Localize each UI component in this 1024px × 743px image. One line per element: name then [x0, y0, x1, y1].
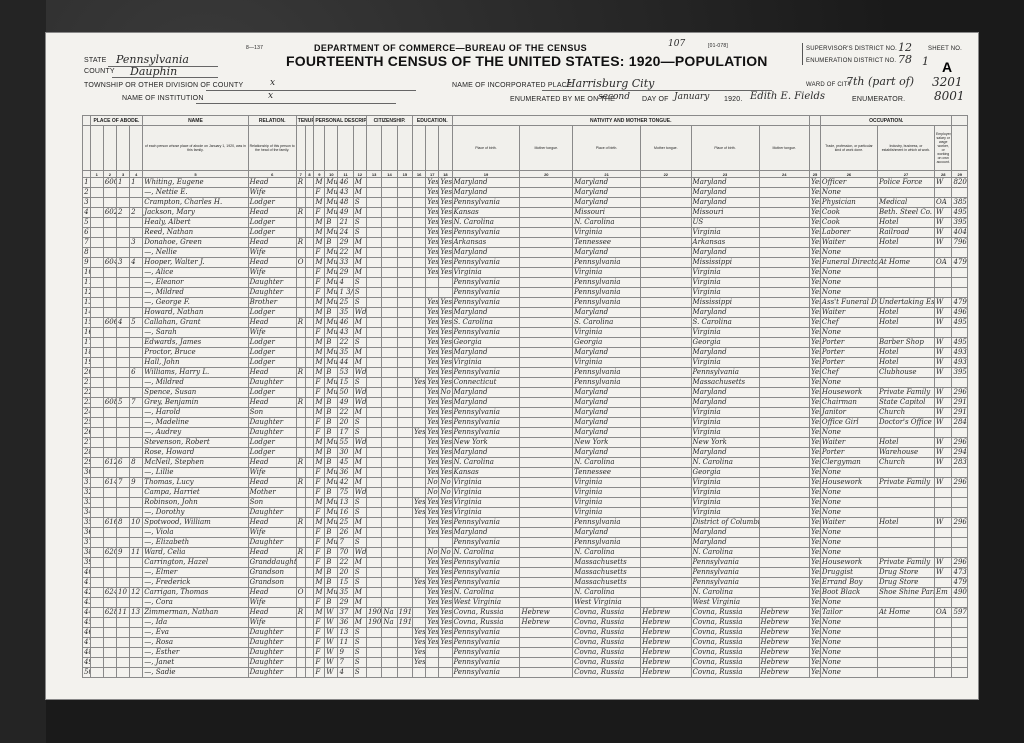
- cell-mort: [305, 468, 314, 478]
- cell-imm: [366, 218, 381, 228]
- cell-street: [90, 358, 103, 368]
- cell-house: [103, 248, 116, 258]
- cell-age: 11: [338, 638, 353, 648]
- cell-sex: F: [314, 248, 325, 258]
- cell-trade: Errand Boy: [820, 578, 877, 588]
- line-number: 46: [83, 628, 91, 638]
- cell-race: B: [325, 548, 338, 558]
- cell-m-tongue: [759, 328, 809, 338]
- cell-sex: M: [314, 218, 325, 228]
- cell-race: B: [325, 568, 338, 578]
- cell-name: Carrigan, Thomas: [143, 588, 248, 598]
- cell-family: 9: [130, 478, 143, 488]
- cell-tongue: [520, 408, 573, 418]
- cell-natyr: [397, 558, 412, 568]
- cell-tenure: [296, 538, 305, 548]
- cell-tongue: [520, 478, 573, 488]
- cell-code: 2910: [952, 398, 968, 408]
- cell-write: Yes: [439, 628, 452, 638]
- cell-class: W: [934, 238, 952, 248]
- column-number: 17: [426, 171, 439, 178]
- cell-m-tongue: [759, 548, 809, 558]
- cell-birth: Pennsylvania: [452, 408, 520, 418]
- cell-birth: Maryland: [452, 398, 520, 408]
- column-number: 25: [809, 171, 820, 178]
- column-number-row: 1234567891011121314151617181920212223242…: [83, 171, 968, 178]
- table-row: 37—, ElizabethDaughterFMu7SPennsylvaniaP…: [83, 538, 968, 548]
- cell-natyr: [397, 668, 412, 678]
- form-number: 8—137: [246, 45, 263, 51]
- cell-dwelling: [116, 218, 129, 228]
- table-row: 34—, DorothyDaughterFMu16SYesYesYesVirgi…: [83, 508, 968, 518]
- cell-tongue: [520, 268, 573, 278]
- cell-sex: F: [314, 488, 325, 498]
- cell-family: [130, 508, 143, 518]
- cell-age: 29: [338, 598, 353, 608]
- table-row: 45—, IdaWifeFW36M1908Na1910YesYesCovna, …: [83, 618, 968, 628]
- cell-english: Yes: [809, 198, 820, 208]
- cell-industry: Beth. Steel Co.: [877, 208, 934, 218]
- cell-street: [90, 418, 103, 428]
- cell-mort: [305, 518, 314, 528]
- cell-dwelling: [116, 428, 129, 438]
- cell-imm: [366, 588, 381, 598]
- cell-class: [934, 598, 952, 608]
- cell-house: [103, 648, 116, 658]
- cell-tongue: [520, 228, 573, 238]
- cell-code: [952, 468, 968, 478]
- cell-name: Hall, John: [143, 358, 248, 368]
- cell-age: 50: [338, 388, 353, 398]
- cell-dwelling: 6: [116, 458, 129, 468]
- cell-m-tongue: Hebrew: [759, 608, 809, 618]
- table-row: 460222Jackson, MaryHeadRFMu49MYesYesKans…: [83, 208, 968, 218]
- cell-family: [130, 388, 143, 398]
- cell-tenure: [296, 598, 305, 608]
- column-number: 7: [296, 171, 305, 178]
- cell-marital: S: [353, 338, 366, 348]
- cell-write: Yes: [439, 208, 452, 218]
- cell-f-birth: Pennsylvania: [573, 288, 641, 298]
- cell-mort: [305, 298, 314, 308]
- cell-english: Yes: [809, 498, 820, 508]
- cell-birth: Maryland: [452, 178, 520, 188]
- cell-natyr: [397, 598, 412, 608]
- cell-trade: Office Girl: [820, 418, 877, 428]
- cell-age: 49: [338, 398, 353, 408]
- cell-read: Yes: [426, 498, 439, 508]
- cell-family: [130, 188, 143, 198]
- cell-industry: Medical: [877, 198, 934, 208]
- cell-family: [130, 358, 143, 368]
- cell-natyr: [397, 368, 412, 378]
- table-row: 24—, HaroldSonMB22MYesYesPennsylvaniaMar…: [83, 408, 968, 418]
- cell-class: [934, 468, 952, 478]
- cell-house: [103, 378, 116, 388]
- cell-code: 4938: [952, 348, 968, 358]
- cell-sex: F: [314, 268, 325, 278]
- cell-nat: [382, 478, 397, 488]
- cell-f-birth: Virginia: [573, 358, 641, 368]
- cell-school: [413, 298, 426, 308]
- cell-english: Yes: [809, 618, 820, 628]
- cell-name: Carrington, Hazel: [143, 558, 248, 568]
- line-number: 47: [83, 638, 91, 648]
- cell-natyr: [397, 208, 412, 218]
- cell-read: Yes: [426, 608, 439, 618]
- cell-school: [413, 668, 426, 678]
- cell-birth: N. Carolina: [452, 548, 520, 558]
- cell-imm: [366, 538, 381, 548]
- cell-dwelling: [116, 328, 129, 338]
- cell-birth: Pennsylvania: [452, 668, 520, 678]
- cell-mort: [305, 578, 314, 588]
- cell-trade: None: [820, 328, 877, 338]
- cell-read: Yes: [426, 198, 439, 208]
- cell-marital: M: [353, 478, 366, 488]
- cell-dwelling: [116, 538, 129, 548]
- line-number: 6: [83, 228, 91, 238]
- cell-industry: [877, 488, 934, 498]
- cell-nat: [382, 638, 397, 648]
- cell-trade: None: [820, 628, 877, 638]
- cell-marital: S: [353, 568, 366, 578]
- cell-imm: 1906: [366, 608, 381, 618]
- cell-name: Campa, Harriet: [143, 488, 248, 498]
- cell-nat: [382, 528, 397, 538]
- cell-sex: F: [314, 328, 325, 338]
- cell-trade: Funeral Director: [820, 258, 877, 268]
- cell-race: W: [325, 608, 338, 618]
- cell-tongue: [520, 628, 573, 638]
- cell-mort: [305, 588, 314, 598]
- cell-m-tongue: [759, 298, 809, 308]
- cell-name: —, Mildred: [143, 288, 248, 298]
- cell-dwelling: 9: [116, 548, 129, 558]
- cell-birth: Pennsylvania: [452, 578, 520, 588]
- cell-nat: [382, 508, 397, 518]
- cell-natyr: [397, 238, 412, 248]
- cell-natyr: [397, 648, 412, 658]
- column-number: 13: [366, 171, 381, 178]
- section-header-row: PLACE OF ABODE. NAME RELATION. TENURE. P…: [83, 116, 968, 126]
- state-label: STATE: [84, 57, 107, 64]
- cell-tongue: [520, 458, 573, 468]
- cell-trade: None: [820, 188, 877, 198]
- cell-marital: Wd: [353, 368, 366, 378]
- cell-school: [413, 328, 426, 338]
- cell-read: Yes: [426, 598, 439, 608]
- description-header-row: of each person whose place of abode on J…: [83, 126, 968, 171]
- cell-marital: M: [353, 238, 366, 248]
- table-row: 18Proctor, BruceLodgerMMu35MYesYesMaryla…: [83, 348, 968, 358]
- cell-m-tongue: Hebrew: [759, 648, 809, 658]
- cell-age: 22: [338, 248, 353, 258]
- cell-code: 3954: [952, 368, 968, 378]
- cell-f-tongue: [641, 408, 691, 418]
- county-label: COUNTY: [84, 68, 115, 75]
- cell-name: Spence, Susan: [143, 388, 248, 398]
- cell-f-tongue: [641, 568, 691, 578]
- cell-mort: [305, 348, 314, 358]
- cell-dwelling: [116, 198, 129, 208]
- cell-m-birth: West Virginia: [691, 598, 759, 608]
- section-name: NAME: [143, 116, 248, 126]
- cell-write: Yes: [439, 218, 452, 228]
- cell-trade: Boot Black: [820, 588, 877, 598]
- cell-read: No: [426, 488, 439, 498]
- cell-imm: [366, 508, 381, 518]
- cell-relation: Daughter: [248, 658, 296, 668]
- cell-sex: M: [314, 458, 325, 468]
- cell-m-birth: Maryland: [691, 388, 759, 398]
- cell-marital: Wd: [353, 488, 366, 498]
- cell-family: [130, 228, 143, 238]
- cell-f-birth: Maryland: [573, 198, 641, 208]
- cell-natyr: [397, 528, 412, 538]
- cell-industry: Hotel: [877, 238, 934, 248]
- cell-sex: M: [314, 438, 325, 448]
- column-number: 19: [452, 171, 520, 178]
- cell-code: [952, 638, 968, 648]
- cell-family: [130, 328, 143, 338]
- cell-house: [103, 328, 116, 338]
- cell-code: 2918: [952, 408, 968, 418]
- cell-mort: [305, 228, 314, 238]
- cell-f-tongue: Hebrew: [641, 648, 691, 658]
- cell-relation: Daughter: [248, 278, 296, 288]
- department-title: DEPARTMENT OF COMMERCE—BUREAU OF THE CEN…: [314, 43, 587, 53]
- enumeration-value: 78: [898, 53, 912, 66]
- cell-age: 37: [338, 608, 353, 618]
- cell-f-tongue: Hebrew: [641, 608, 691, 618]
- cell-m-birth: Maryland: [691, 348, 759, 358]
- line-number: 29: [83, 458, 91, 468]
- cell-industry: [877, 528, 934, 538]
- cell-street: [90, 248, 103, 258]
- cell-dwelling: [116, 228, 129, 238]
- cell-tenure: [296, 218, 305, 228]
- cell-m-tongue: [759, 568, 809, 578]
- cell-tenure: [296, 348, 305, 358]
- cell-mort: [305, 608, 314, 618]
- cell-age: 75: [338, 488, 353, 498]
- table-row: 3Crampton, Charles H.LodgerMMu48SYesYesP…: [83, 198, 968, 208]
- cell-read: Yes: [426, 428, 439, 438]
- cell-f-tongue: [641, 428, 691, 438]
- cell-house: [103, 488, 116, 498]
- column-number: 27: [877, 171, 934, 178]
- cell-dwelling: [116, 558, 129, 568]
- cell-imm: [366, 228, 381, 238]
- table-row: 50—, SadieDaughterFW4SPennsylvaniaCovna,…: [83, 668, 968, 678]
- cell-class: [934, 188, 952, 198]
- table-row: 35616810Spotwood, WilliamHeadRMMu25MYesY…: [83, 518, 968, 528]
- cell-marital: M: [353, 208, 366, 218]
- cell-nat: [382, 358, 397, 368]
- cell-class: [934, 618, 952, 628]
- column-number: 16: [413, 171, 426, 178]
- cell-age: 1 3/12: [338, 288, 353, 298]
- cell-dwelling: [116, 448, 129, 458]
- cell-age: 29: [338, 268, 353, 278]
- cell-race: B: [325, 338, 338, 348]
- cell-tongue: [520, 318, 573, 328]
- cell-dwelling: [116, 618, 129, 628]
- cell-m-birth: District of Columbia: [691, 518, 759, 528]
- cell-write: Yes: [439, 408, 452, 418]
- column-number: 5: [143, 171, 248, 178]
- cell-street: [90, 428, 103, 438]
- cell-write: Yes: [439, 438, 452, 448]
- cell-street: [90, 458, 103, 468]
- cell-relation: Daughter: [248, 638, 296, 648]
- cell-tongue: [520, 178, 573, 188]
- cell-read: Yes: [426, 338, 439, 348]
- cell-industry: [877, 638, 934, 648]
- cell-english: Yes: [809, 338, 820, 348]
- cell-age: 15: [338, 378, 353, 388]
- cell-sex: M: [314, 408, 325, 418]
- cell-name: Healy, Albert: [143, 218, 248, 228]
- cell-tongue: [520, 348, 573, 358]
- column-number: 9: [314, 171, 325, 178]
- cell-f-birth: Pennsylvania: [573, 258, 641, 268]
- cell-m-tongue: [759, 198, 809, 208]
- cell-m-tongue: [759, 308, 809, 318]
- cell-race: B: [325, 408, 338, 418]
- cell-natyr: [397, 278, 412, 288]
- cell-sex: F: [314, 378, 325, 388]
- cell-birth: Pennsylvania: [452, 368, 520, 378]
- cell-mort: [305, 428, 314, 438]
- section-tenure: TENURE.: [296, 116, 314, 126]
- cell-relation: Daughter: [248, 648, 296, 658]
- cell-dwelling: [116, 248, 129, 258]
- cell-relation: Lodger: [248, 388, 296, 398]
- cell-race: W: [325, 668, 338, 678]
- cell-english: Yes: [809, 218, 820, 228]
- cell-race: B: [325, 578, 338, 588]
- cell-read: Yes: [426, 318, 439, 328]
- cell-dwelling: [116, 508, 129, 518]
- cell-f-tongue: [641, 468, 691, 478]
- cell-race: B: [325, 238, 338, 248]
- cell-imm: [366, 208, 381, 218]
- cell-tenure: [296, 198, 305, 208]
- cell-english: Yes: [809, 548, 820, 558]
- cell-house: [103, 448, 116, 458]
- table-row: 39Carrington, HazelGranddaughterFB22MYes…: [83, 558, 968, 568]
- cell-school: [413, 418, 426, 428]
- table-row: 40—, ElmerGrandsonMB20SYesYesPennsylvani…: [83, 568, 968, 578]
- cell-f-birth: N. Carolina: [573, 458, 641, 468]
- cell-class: [934, 648, 952, 658]
- cell-name: —, Cora: [143, 598, 248, 608]
- column-number: 18: [439, 171, 452, 178]
- cell-name: Proctor, Bruce: [143, 348, 248, 358]
- cell-race: B: [325, 448, 338, 458]
- cell-house: 608: [103, 398, 116, 408]
- cell-nat: [382, 198, 397, 208]
- cell-write: [439, 288, 452, 298]
- cell-write: [439, 668, 452, 678]
- cell-natyr: [397, 288, 412, 298]
- cell-marital: S: [353, 658, 366, 668]
- cell-natyr: [397, 498, 412, 508]
- cell-industry: State Capitol: [877, 398, 934, 408]
- cell-class: W: [934, 298, 952, 308]
- cell-school: [413, 318, 426, 328]
- cell-marital: M: [353, 268, 366, 278]
- cell-industry: Church: [877, 458, 934, 468]
- cell-name: —, Madeline: [143, 418, 248, 428]
- cell-dwelling: [116, 488, 129, 498]
- cell-code: [952, 618, 968, 628]
- table-row: 27Stevenson, RobertLodgerMMu55WdYesYesNe…: [83, 438, 968, 448]
- cell-sex: F: [314, 418, 325, 428]
- cell-street: [90, 668, 103, 678]
- cell-f-birth: Virginia: [573, 508, 641, 518]
- cell-read: Yes: [426, 388, 439, 398]
- cell-house: [103, 198, 116, 208]
- person-tongue-header: Mother tongue.: [520, 126, 573, 171]
- year-label: 1920.: [724, 96, 743, 103]
- cell-write: Yes: [439, 238, 452, 248]
- cell-age: 48: [338, 198, 353, 208]
- cell-natyr: [397, 658, 412, 668]
- cell-imm: [366, 558, 381, 568]
- enumeration-label: ENUMERATION DISTRICT NO.: [806, 58, 896, 64]
- column-number: 12: [353, 171, 366, 178]
- cell-nat: [382, 208, 397, 218]
- cell-race: Mu: [325, 188, 338, 198]
- cell-marital: M: [353, 528, 366, 538]
- cell-mort: [305, 508, 314, 518]
- cell-natyr: [397, 478, 412, 488]
- cell-f-tongue: [641, 278, 691, 288]
- cell-f-birth: N. Carolina: [573, 548, 641, 558]
- cell-code: 4793: [952, 258, 968, 268]
- cell-imm: [366, 328, 381, 338]
- cell-name: —, Eva: [143, 628, 248, 638]
- cell-marital: Wd: [353, 398, 366, 408]
- cell-imm: [366, 408, 381, 418]
- cell-family: [130, 528, 143, 538]
- cell-family: [130, 598, 143, 608]
- cell-race: B: [325, 558, 338, 568]
- cell-marital: M: [353, 358, 366, 368]
- column-number: 15: [397, 171, 412, 178]
- cell-industry: Hotel: [877, 358, 934, 368]
- cell-tongue: [520, 648, 573, 658]
- cell-sex: F: [314, 428, 325, 438]
- cell-f-tongue: [641, 478, 691, 488]
- cell-house: 604: [103, 258, 116, 268]
- cell-code: 4793: [952, 298, 968, 308]
- line-number: 43: [83, 598, 91, 608]
- cell-mort: [305, 638, 314, 648]
- cell-name: Ward, Celia: [143, 548, 248, 558]
- cell-name: —, Esther: [143, 648, 248, 658]
- cell-industry: Hotel: [877, 318, 934, 328]
- cell-dwelling: [116, 338, 129, 348]
- cell-family: [130, 668, 143, 678]
- cell-f-tongue: [641, 388, 691, 398]
- cell-birth: Maryland: [452, 188, 520, 198]
- cell-sex: F: [314, 558, 325, 568]
- cell-tongue: [520, 198, 573, 208]
